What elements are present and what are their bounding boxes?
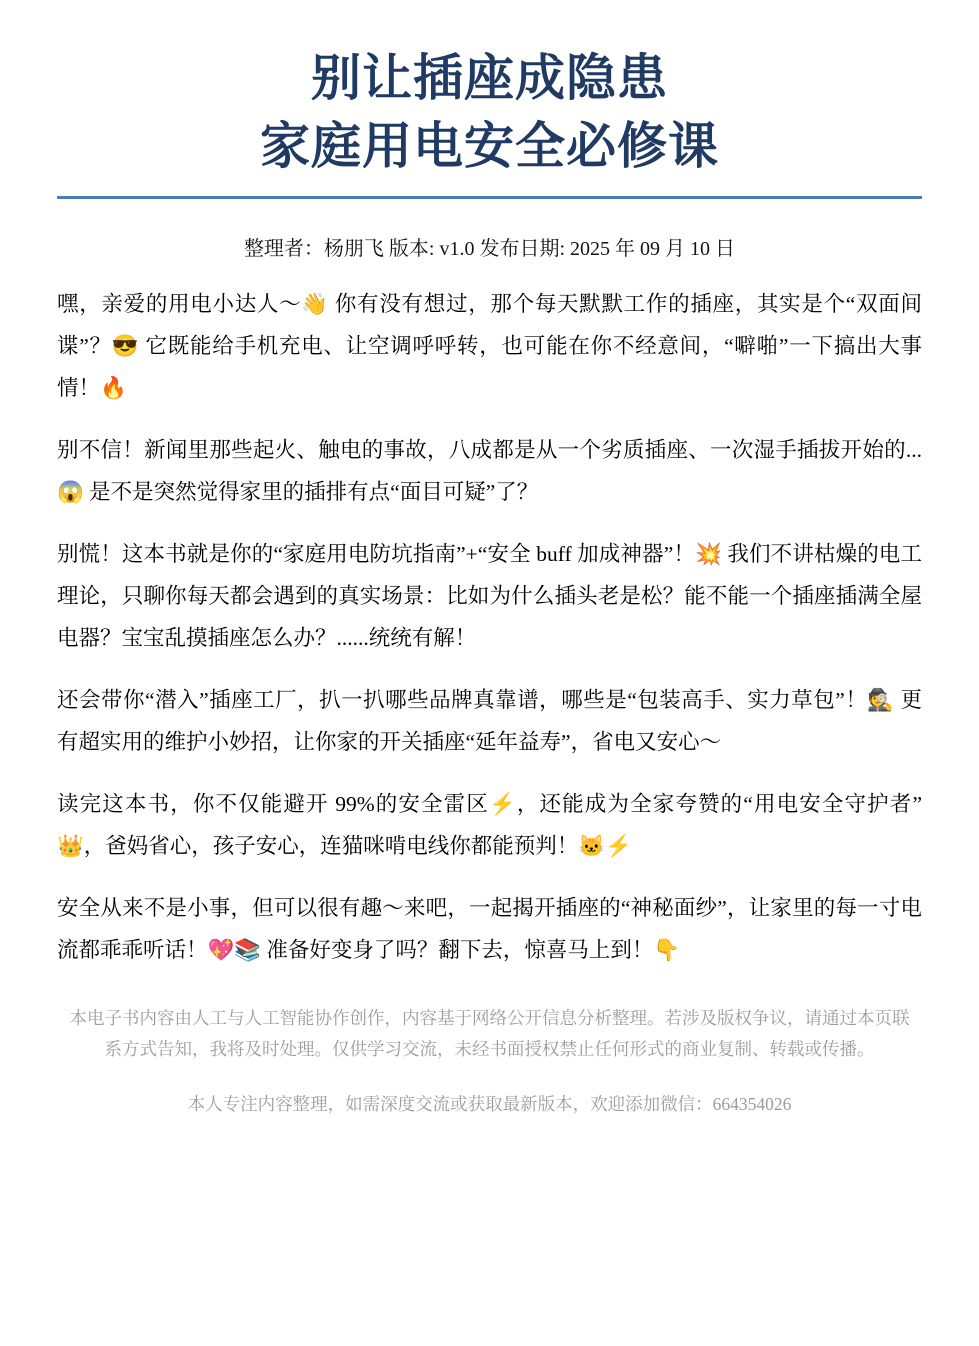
disclaimer-text: 本电子书内容由人工与人工智能协作创作，内容基于网络公开信息分析整理。若涉及版权争… bbox=[67, 1003, 912, 1065]
contact-text: 本人专注内容整理，如需深度交流或获取最新版本，欢迎添加微信：664354026 bbox=[57, 1091, 922, 1117]
body-copy: 嘿，亲爱的用电小达人～👋 你有没有想过，那个每天默默工作的插座，其实是个“双面间… bbox=[57, 283, 922, 971]
document-page: 别让插座成隐患 家庭用电安全必修课 整理者：杨朋飞 版本: v1.0 发布日期:… bbox=[0, 0, 979, 1346]
body-paragraph: 还会带你“潜入”插座工厂，扒一扒哪些品牌真靠谱，哪些是“包装高手、实力草包”！🕵… bbox=[57, 679, 922, 763]
body-paragraph: 别不信！新闻里那些起火、触电的事故，八成都是从一个劣质插座、一次湿手插拔开始的.… bbox=[57, 429, 922, 513]
page-title-line-1: 别让插座成隐患 bbox=[311, 50, 668, 106]
page-title: 别让插座成隐患 家庭用电安全必修课 bbox=[57, 44, 922, 180]
body-paragraph: 读完这本书，你不仅能避开 99%的安全雷区⚡，还能成为全家夸赞的“用电安全守护者… bbox=[57, 783, 922, 867]
body-paragraph: 安全从来不是小事，但可以很有趣～来吧，一起揭开插座的“神秘面纱”，让家里的每一寸… bbox=[57, 887, 922, 971]
body-paragraph: 嘿，亲爱的用电小达人～👋 你有没有想过，那个每天默默工作的插座，其实是个“双面间… bbox=[57, 283, 922, 409]
doc-meta: 整理者：杨朋飞 版本: v1.0 发布日期: 2025 年 09 月 10 日 bbox=[57, 235, 922, 263]
page-title-line-2: 家庭用电安全必修课 bbox=[260, 118, 719, 174]
body-paragraph: 别慌！这本书就是你的“家庭用电防坑指南”+“安全 buff 加成神器”！💥 我们… bbox=[57, 533, 922, 659]
title-divider bbox=[57, 196, 922, 199]
